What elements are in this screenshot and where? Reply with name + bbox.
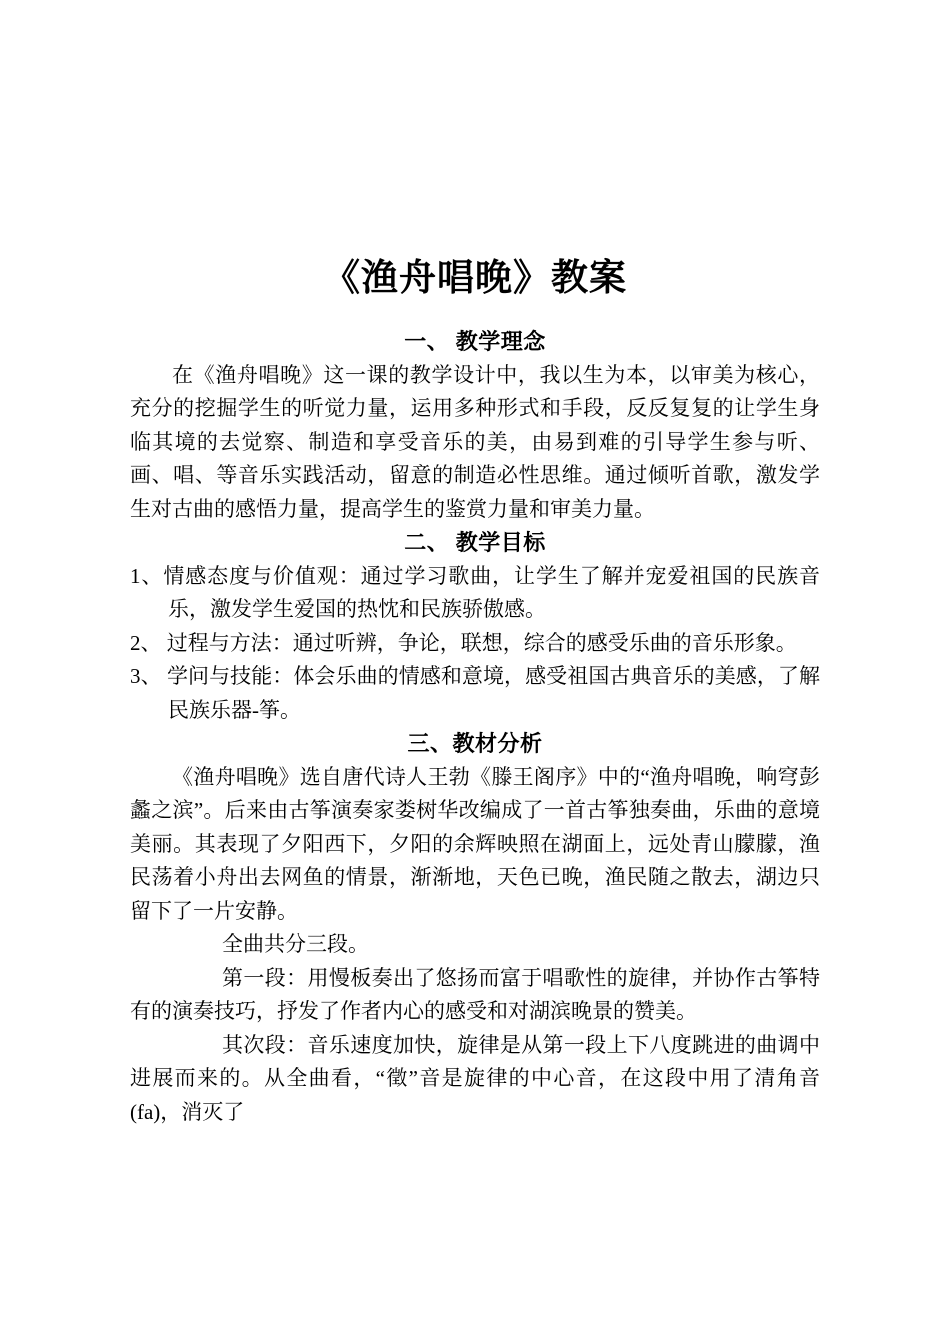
paragraph-second-part: 其次段：音乐速度加快，旋律是从第一段上下八度跳进的曲调中进展而来的。从全曲看，“…	[130, 1029, 820, 1130]
section-heading-teaching-goals: 二、 教学目标	[130, 526, 820, 560]
document-page: 《渔舟唱晚》教案 一、 教学理念 在《渔舟唱晚》这一课的教学设计中，我以生为本，…	[0, 0, 950, 1344]
paragraph-material-analysis-intro: 《渔舟唱晚》选自唐代诗人王勃《滕王阁序》中的“渔舟唱晚，响穹彭蠡之滨”。后来由古…	[130, 761, 820, 929]
paragraph-three-parts: 全曲共分三段。	[130, 928, 820, 962]
section-heading-teaching-philosophy: 一、 教学理念	[130, 325, 820, 359]
goal-item-1: 1、情感态度与价值观：通过学习歌曲，让学生了解并宠爱祖国的民族音乐，激发学生爱国…	[130, 560, 820, 627]
paragraph-teaching-philosophy: 在《渔舟唱晚》这一课的教学设计中，我以生为本，以审美为核心，充分的挖掘学生的听觉…	[130, 359, 820, 527]
document-title: 《渔舟唱晚》教案	[0, 0, 950, 300]
goal-item-3: 3、 学问与技能：体会乐曲的情感和意境，感受祖国古典音乐的美感，了解民族乐器-筝…	[130, 660, 820, 727]
goal-item-2: 2、 过程与方法：通过听辨，争论，联想，综合的感受乐曲的音乐形象。	[130, 627, 820, 661]
document-body: 一、 教学理念 在《渔舟唱晚》这一课的教学设计中，我以生为本，以审美为核心，充分…	[130, 325, 820, 1129]
paragraph-first-part: 第一段：用慢板奏出了悠扬而富于唱歌性的旋律，并协作古筝特有的演奏技巧，抒发了作者…	[130, 962, 820, 1029]
section-heading-material-analysis: 三、教材分析	[130, 727, 820, 761]
